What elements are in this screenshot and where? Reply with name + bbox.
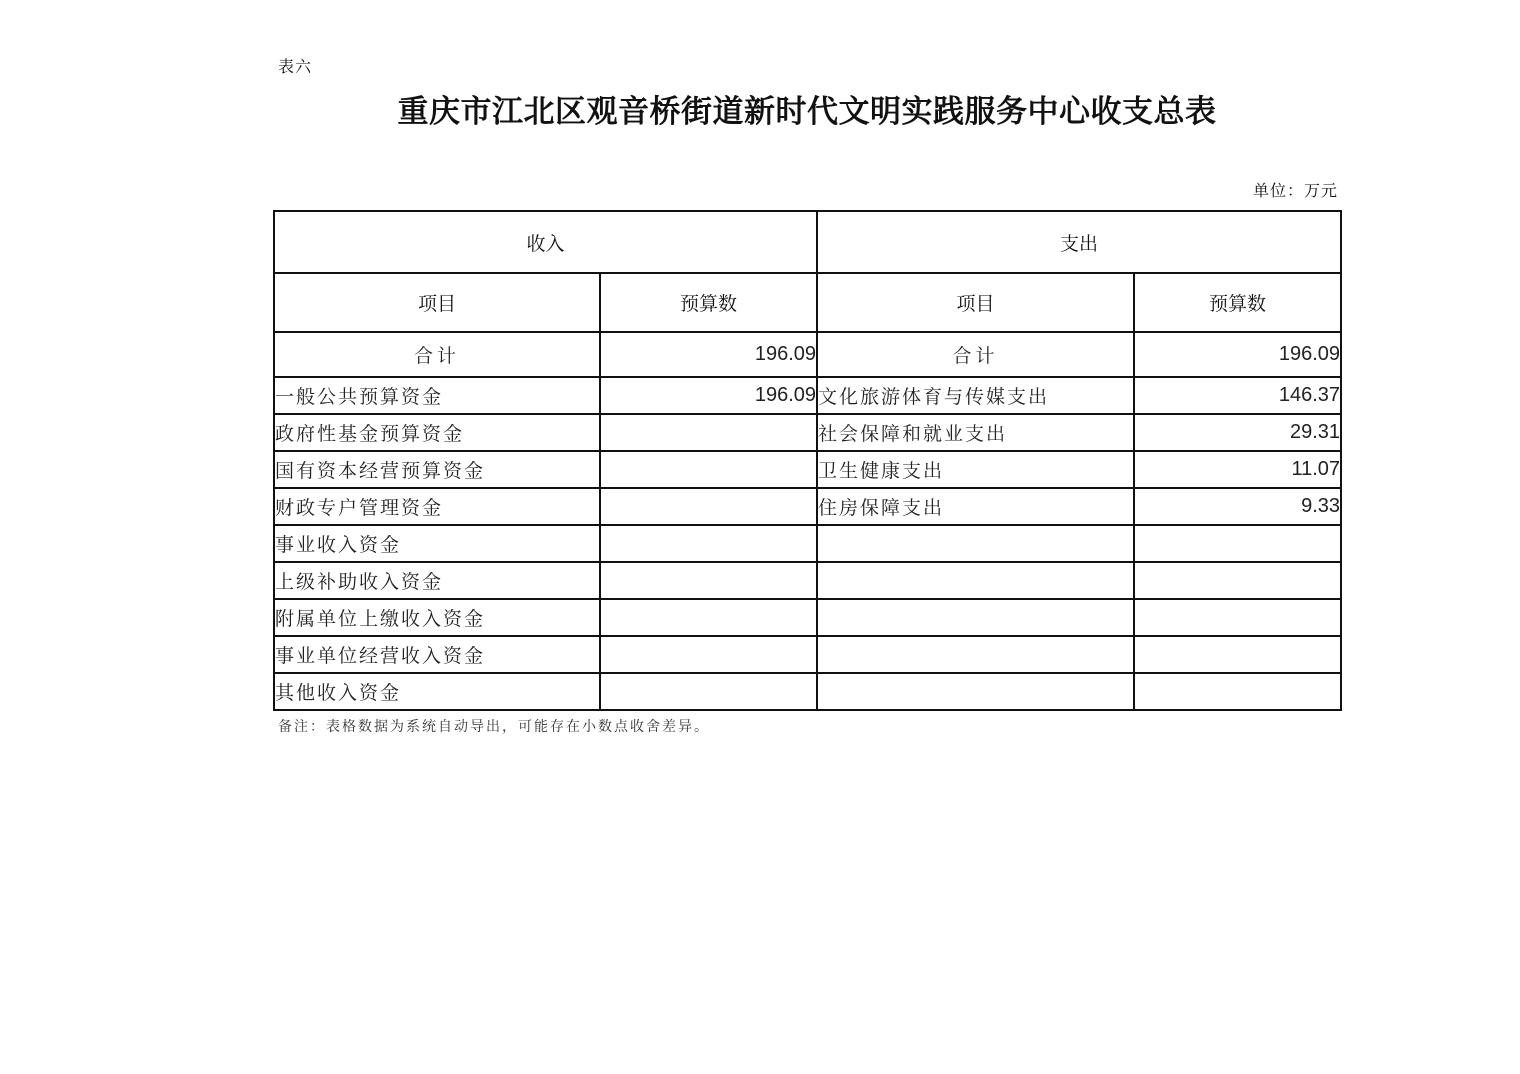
income-total-amount: 196.09	[600, 332, 817, 377]
income-item: 事业收入资金	[274, 525, 600, 562]
table-row: 事业单位经营收入资金	[274, 636, 1341, 673]
table-row: 事业收入资金	[274, 525, 1341, 562]
expenditure-item: 住房保障支出	[817, 488, 1134, 525]
table-row: 财政专户管理资金 住房保障支出 9.33	[274, 488, 1341, 525]
income-amount	[600, 599, 817, 636]
total-row: 合计 196.09 合计 196.09	[274, 332, 1341, 377]
expenditure-amount: 11.07	[1134, 451, 1341, 488]
income-item: 一般公共预算资金	[274, 377, 600, 414]
expenditure-amount	[1134, 562, 1341, 599]
table-label: 表六	[278, 54, 312, 77]
income-amount	[600, 636, 817, 673]
income-amount	[600, 562, 817, 599]
income-amount	[600, 414, 817, 451]
income-amount	[600, 488, 817, 525]
expenditure-item: 社会保障和就业支出	[817, 414, 1134, 451]
expenditure-amount	[1134, 636, 1341, 673]
income-item: 政府性基金预算资金	[274, 414, 600, 451]
table-row: 政府性基金预算资金 社会保障和就业支出 29.31	[274, 414, 1341, 451]
income-item: 国有资本经营预算资金	[274, 451, 600, 488]
income-amount: 196.09	[600, 377, 817, 414]
income-item: 上级补助收入资金	[274, 562, 600, 599]
income-amount-header: 预算数	[600, 273, 817, 332]
income-item: 财政专户管理资金	[274, 488, 600, 525]
expenditure-amount	[1134, 673, 1341, 710]
expenditure-amount-header: 预算数	[1134, 273, 1341, 332]
expenditure-item: 文化旅游体育与传媒支出	[817, 377, 1134, 414]
expenditure-item	[817, 636, 1134, 673]
page-title: 重庆市江北区观音桥街道新时代文明实践服务中心收支总表	[272, 86, 1342, 131]
income-amount	[600, 451, 817, 488]
expenditure-total-amount: 196.09	[1134, 332, 1341, 377]
expenditure-amount	[1134, 525, 1341, 562]
expenditure-item	[817, 673, 1134, 710]
expenditure-item	[817, 562, 1134, 599]
income-item: 其他收入资金	[274, 673, 600, 710]
income-item: 事业单位经营收入资金	[274, 636, 600, 673]
expenditure-item: 卫生健康支出	[817, 451, 1134, 488]
expenditure-group-header: 支出	[817, 211, 1341, 273]
expenditure-item	[817, 525, 1134, 562]
income-group-header: 收入	[274, 211, 817, 273]
footnote: 备注：表格数据为系统自动导出，可能存在小数点收舍差异。	[278, 716, 710, 736]
table-row: 一般公共预算资金 196.09 文化旅游体育与传媒支出 146.37	[274, 377, 1341, 414]
expenditure-amount: 9.33	[1134, 488, 1341, 525]
expenditure-item-header: 项目	[817, 273, 1134, 332]
table-row: 附属单位上缴收入资金	[274, 599, 1341, 636]
expenditure-item	[817, 599, 1134, 636]
income-amount	[600, 673, 817, 710]
table-row: 上级补助收入资金	[274, 562, 1341, 599]
income-amount	[600, 525, 817, 562]
income-item: 附属单位上缴收入资金	[274, 599, 600, 636]
unit-label: 单位：万元	[1160, 178, 1338, 201]
group-header-row: 收入 支出	[274, 211, 1341, 273]
table-row: 其他收入资金	[274, 673, 1341, 710]
expenditure-total-label: 合计	[817, 332, 1134, 377]
table-row: 国有资本经营预算资金 卫生健康支出 11.07	[274, 451, 1341, 488]
income-total-label: 合计	[274, 332, 600, 377]
expenditure-amount: 146.37	[1134, 377, 1341, 414]
expenditure-amount	[1134, 599, 1341, 636]
column-header-row: 项目 预算数 项目 预算数	[274, 273, 1341, 332]
expenditure-amount: 29.31	[1134, 414, 1341, 451]
income-item-header: 项目	[274, 273, 600, 332]
income-expenditure-table: 收入 支出 项目 预算数 项目 预算数 合计 196.09 合计 196.09 …	[273, 210, 1342, 711]
